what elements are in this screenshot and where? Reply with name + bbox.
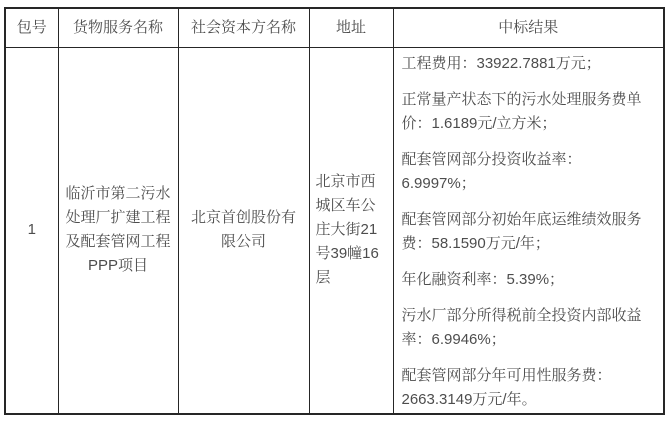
bid-results-table: 包号 货物服务名称 社会资本方名称 地址 中标结果 1 临沂市第二污水处理厂扩建… (4, 7, 665, 415)
header-row: 包号 货物服务名称 社会资本方名称 地址 中标结果 (5, 8, 664, 47)
cell-package-no: 1 (5, 47, 58, 414)
cell-bid-results: 工程费用：33922.7881万元； 正常量产状态下的污水处理服务费单价：1.6… (393, 47, 664, 414)
cell-address: 北京市西城区车公庄大街21号39幢16层 (309, 47, 393, 414)
page: 包号 货物服务名称 社会资本方名称 地址 中标结果 1 临沂市第二污水处理厂扩建… (0, 0, 670, 426)
header-service-name: 货物服务名称 (58, 8, 178, 47)
result-line-pipeline-availability-fee: 配套管网部分年可用性服务费：2663.3149万元/年。 (402, 364, 646, 412)
header-address: 地址 (309, 8, 393, 47)
table-row: 1 临沂市第二污水处理厂扩建工程及配套管网工程PPP项目 北京首创股份有限公司 … (5, 47, 664, 414)
result-line-project-cost: 工程费用：33922.7881万元； (402, 52, 646, 76)
result-line-pipeline-roi: 配套管网部分投资收益率：6.9997%； (402, 148, 646, 196)
header-company-name: 社会资本方名称 (178, 8, 309, 47)
result-line-plant-irr: 污水厂部分所得税前全投资内部收益率：6.9946%； (402, 304, 646, 352)
result-line-financing-rate: 年化融资利率：5.39%； (402, 268, 646, 292)
cell-company-name: 北京首创股份有限公司 (178, 47, 309, 414)
header-bid-result: 中标结果 (393, 8, 664, 47)
cell-service-name: 临沂市第二污水处理厂扩建工程及配套管网工程PPP项目 (58, 47, 178, 414)
result-line-sewage-unit-price: 正常量产状态下的污水处理服务费单价：1.6189元/立方米； (402, 88, 646, 136)
result-line-pipeline-om-fee: 配套管网部分初始年底运维绩效服务费：58.1590万元/年； (402, 208, 646, 256)
header-package-no: 包号 (5, 8, 58, 47)
